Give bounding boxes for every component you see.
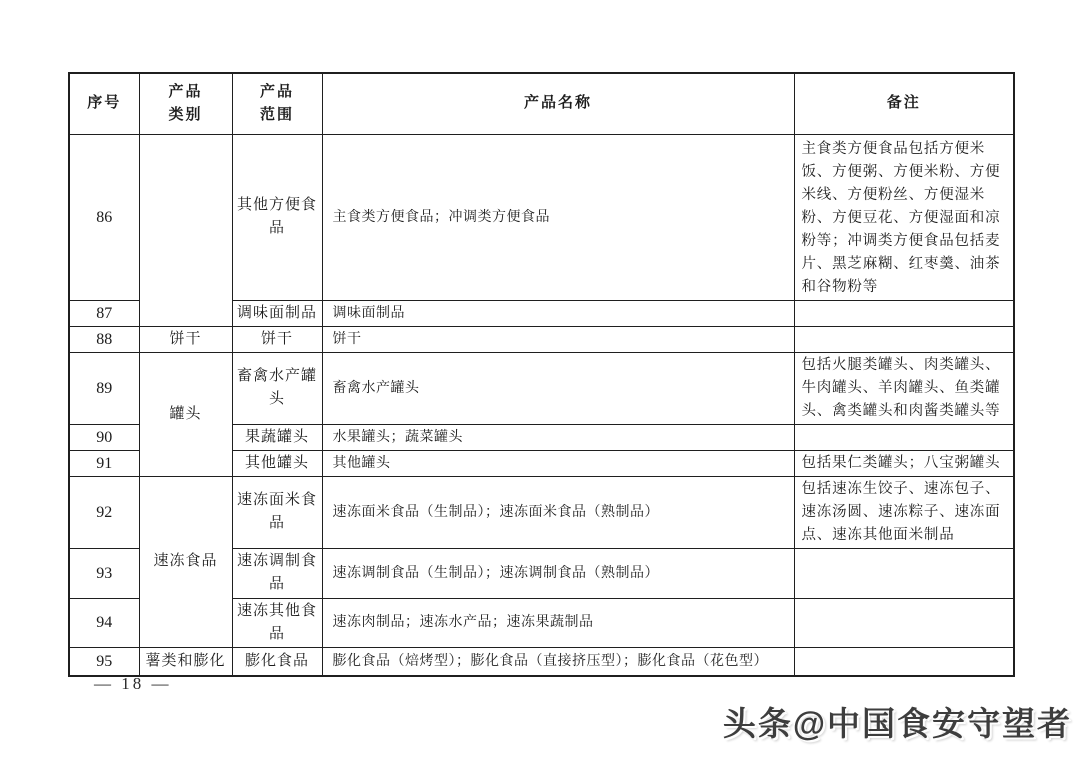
table-row: 86 其他方便食品 主食类方便食品；冲调类方便食品 主食类方便食品包括方便米饭、… <box>69 134 1014 300</box>
table-row: 88 饼干 饼干 饼干 <box>69 326 1014 352</box>
cell-name: 其他罐头 <box>322 450 794 476</box>
cell-remark <box>794 326 1014 352</box>
cell-no: 94 <box>69 598 139 647</box>
cell-name: 主食类方便食品；冲调类方便食品 <box>322 134 794 300</box>
cell-remark <box>794 598 1014 647</box>
cell-scope: 速冻面米食品 <box>232 476 322 548</box>
cell-no: 89 <box>69 352 139 424</box>
table-row: 95 薯类和膨化 膨化食品 膨化食品（焙烤型）；膨化食品（直接挤压型）；膨化食品… <box>69 647 1014 676</box>
cell-remark <box>794 300 1014 326</box>
cell-no: 90 <box>69 424 139 450</box>
table-row: 89 罐头 畜禽水产罐头 畜禽水产罐头 包括火腿类罐头、肉类罐头、牛肉罐头、羊肉… <box>69 352 1014 424</box>
page-number: — 18 — <box>94 674 172 694</box>
cell-scope: 果蔬罐头 <box>232 424 322 450</box>
header-scope: 产品 范围 <box>232 73 322 134</box>
cell-no: 91 <box>69 450 139 476</box>
cell-scope: 速冻调制食品 <box>232 548 322 598</box>
cell-category: 饼干 <box>139 326 232 352</box>
cell-name: 膨化食品（焙烤型）；膨化食品（直接挤压型）；膨化食品（花色型） <box>322 647 794 676</box>
cell-scope: 其他罐头 <box>232 450 322 476</box>
cell-remark <box>794 647 1014 676</box>
cell-name: 速冻肉制品；速冻水产品；速冻果蔬制品 <box>322 598 794 647</box>
cell-scope: 调味面制品 <box>232 300 322 326</box>
header-name: 产品名称 <box>322 73 794 134</box>
table-row: 92 速冻食品 速冻面米食品 速冻面米食品（生制品）；速冻面米食品（熟制品） 包… <box>69 476 1014 548</box>
cell-scope: 畜禽水产罐头 <box>232 352 322 424</box>
cell-scope: 膨化食品 <box>232 647 322 676</box>
cell-name: 水果罐头；蔬菜罐头 <box>322 424 794 450</box>
cell-name: 畜禽水产罐头 <box>322 352 794 424</box>
document-page: 序号 产品 类别 产品 范围 产品名称 备注 86 其他方便食品 主食类方便食品… <box>0 0 1080 763</box>
cell-name: 速冻面米食品（生制品）；速冻面米食品（熟制品） <box>322 476 794 548</box>
cell-category: 罐头 <box>139 352 232 476</box>
cell-scope: 速冻其他食品 <box>232 598 322 647</box>
cell-name: 饼干 <box>322 326 794 352</box>
cell-no: 86 <box>69 134 139 300</box>
cell-no: 95 <box>69 647 139 676</box>
cell-no: 93 <box>69 548 139 598</box>
cell-scope: 其他方便食品 <box>232 134 322 300</box>
cell-remark: 主食类方便食品包括方便米饭、方便粥、方便米粉、方便米线、方便粉丝、方便湿米粉、方… <box>794 134 1014 300</box>
cell-remark <box>794 548 1014 598</box>
cell-category: 薯类和膨化 <box>139 647 232 676</box>
header-remark: 备注 <box>794 73 1014 134</box>
cell-no: 88 <box>69 326 139 352</box>
cell-no: 92 <box>69 476 139 548</box>
cell-scope: 饼干 <box>232 326 322 352</box>
cell-category: 速冻食品 <box>139 476 232 647</box>
cell-category <box>139 134 232 326</box>
cell-remark: 包括火腿类罐头、肉类罐头、牛肉罐头、羊肉罐头、鱼类罐头、禽类罐头和肉酱类罐头等 <box>794 352 1014 424</box>
cell-name: 调味面制品 <box>322 300 794 326</box>
table-header-row: 序号 产品 类别 产品 范围 产品名称 备注 <box>69 73 1014 134</box>
cell-name: 速冻调制食品（生制品）；速冻调制食品（熟制品） <box>322 548 794 598</box>
cell-no: 87 <box>69 300 139 326</box>
cell-remark <box>794 424 1014 450</box>
cell-remark: 包括果仁类罐头；八宝粥罐头 <box>794 450 1014 476</box>
watermark-text: 头条@中国食安守望者 <box>723 698 1072 745</box>
header-category: 产品 类别 <box>139 73 232 134</box>
cell-remark: 包括速冻生饺子、速冻包子、速冻汤圆、速冻粽子、速冻面点、速冻其他面米制品 <box>794 476 1014 548</box>
product-category-table: 序号 产品 类别 产品 范围 产品名称 备注 86 其他方便食品 主食类方便食品… <box>68 72 1015 677</box>
header-no: 序号 <box>69 73 139 134</box>
